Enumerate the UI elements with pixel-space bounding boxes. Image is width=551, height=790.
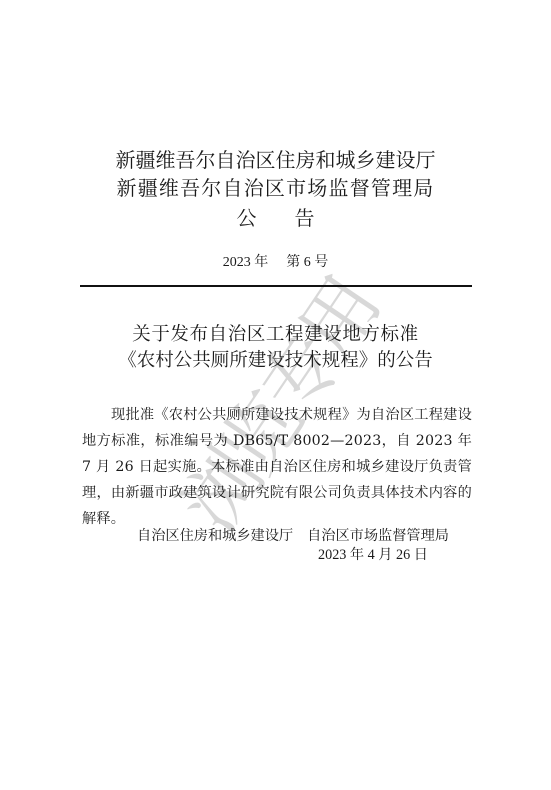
- signature-line: 自治区住房和城乡建设厅自治区市场监督管理局: [137, 526, 449, 546]
- notice-char-2: 告: [295, 206, 315, 230]
- document-number: 2023 年第 6 号: [0, 254, 551, 272]
- document-page: 浏览专用 新疆维吾尔自治区住房和城乡建设厅 新疆维吾尔自治区市场监督管理局 公告…: [0, 0, 551, 790]
- signature-date: 2023 年 4 月 26 日: [318, 545, 428, 565]
- notice-heading: 公告: [0, 206, 551, 230]
- signature-issuer-housing: 自治区住房和城乡建设厅: [137, 528, 293, 544]
- header-divider: [80, 285, 472, 287]
- issuer-line-housing-dept: 新疆维吾尔自治区住房和城乡建设厅: [0, 148, 551, 172]
- doc-number-value: 第 6 号: [286, 255, 328, 270]
- announcement-title-line-1: 关于发布自治区工程建设地方标准: [0, 323, 551, 347]
- announcement-body: 现批准《农村公共厕所建设技术规程》为自治区工程建设地方标准，标准编号为 DB65…: [82, 402, 472, 532]
- notice-char-1: 公: [237, 206, 257, 230]
- issuer-line-market-regulation: 新疆维吾尔自治区市场监督管理局: [0, 176, 551, 200]
- doc-year: 2023 年: [223, 255, 269, 270]
- announcement-title-line-2: 《农村公共厕所建设技术规程》的公告: [0, 349, 551, 373]
- signature-issuer-market: 自治区市场监督管理局: [307, 528, 449, 544]
